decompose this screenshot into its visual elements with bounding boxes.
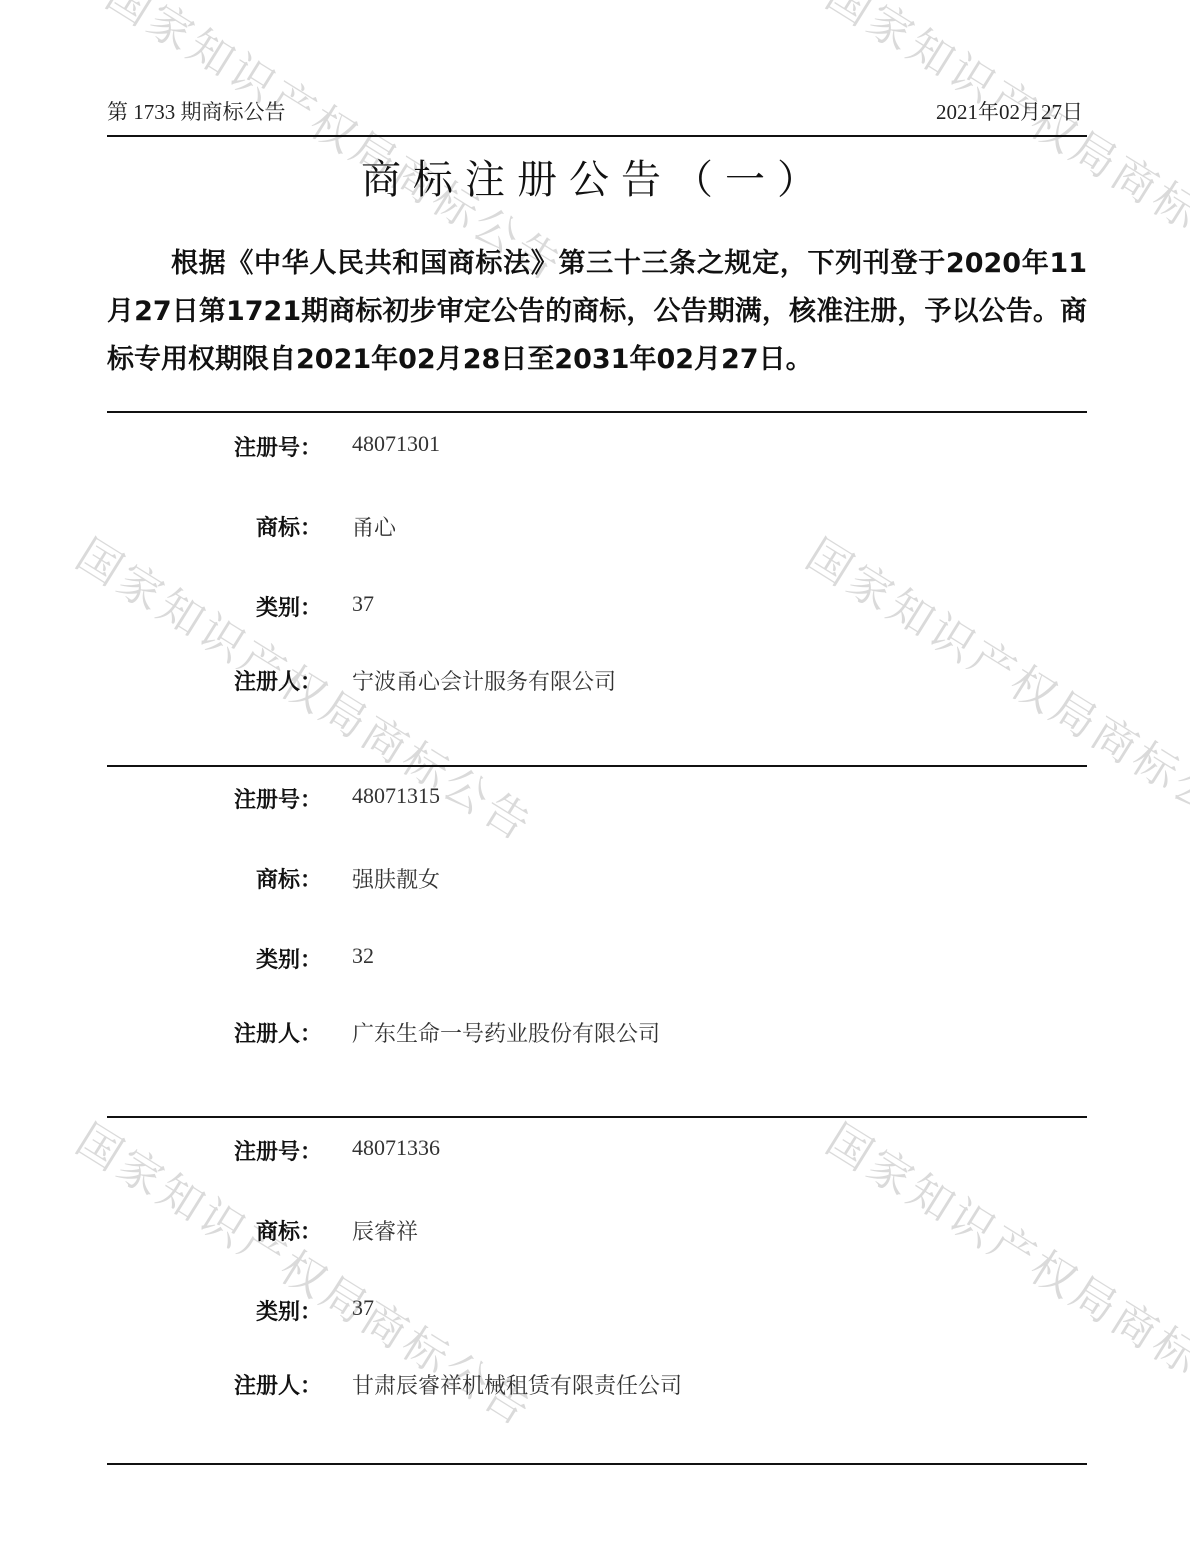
registrant-value: 广东生命一号药业股份有限公司 <box>352 1017 660 1048</box>
registrant-row: 注册人： 广东生命一号药业股份有限公司 <box>0 1017 1190 1047</box>
registrant-label: 注册人： <box>234 1369 322 1400</box>
mark-label: 商标： <box>256 1215 322 1246</box>
reg-no-value: 48071315 <box>352 783 440 809</box>
registrant-label: 注册人： <box>234 665 322 696</box>
class-value: 37 <box>352 591 374 617</box>
reg-no-label: 注册号： <box>234 1135 322 1166</box>
registrant-value: 宁波甬心会计服务有限公司 <box>352 665 616 696</box>
reg-no-row: 注册号： 48071315 <box>0 783 1190 813</box>
class-row: 类别： 37 <box>0 1295 1190 1325</box>
reg-no-value: 48071301 <box>352 431 440 457</box>
section-divider <box>107 1463 1087 1465</box>
class-label: 类别： <box>256 591 322 622</box>
mark-value: 辰睿祥 <box>352 1215 418 1246</box>
reg-no-label: 注册号： <box>234 783 322 814</box>
page-header: 第 1733 期商标公告 2021年02月27日 <box>107 96 1087 126</box>
section-divider <box>107 1116 1087 1118</box>
class-label: 类别： <box>256 1295 322 1326</box>
registrant-row: 注册人： 甘肃辰睿祥机械租赁有限责任公司 <box>0 1369 1190 1399</box>
mark-value: 强肤靓女 <box>352 863 440 894</box>
class-row: 类别： 37 <box>0 591 1190 621</box>
registrant-label: 注册人： <box>234 1017 322 1048</box>
section-divider <box>107 765 1087 767</box>
class-row: 类别： 32 <box>0 943 1190 973</box>
reg-no-row: 注册号： 48071301 <box>0 431 1190 461</box>
issue-number: 第 1733 期商标公告 <box>107 96 286 126</box>
reg-no-row: 注册号： 48071336 <box>0 1135 1190 1165</box>
page-title: 商标注册公告（一） <box>0 148 1190 205</box>
mark-row: 商标： 甬心 <box>0 511 1190 541</box>
mark-label: 商标： <box>256 863 322 894</box>
header-divider <box>107 135 1087 137</box>
class-value: 37 <box>352 1295 374 1321</box>
section-divider <box>107 411 1087 413</box>
intro-paragraph: 根据《中华人民共和国商标法》第三十三条之规定，下列刊登于2020年11月27日第… <box>107 240 1087 384</box>
publish-date: 2021年02月27日 <box>936 96 1083 126</box>
reg-no-value: 48071336 <box>352 1135 440 1161</box>
class-label: 类别： <box>256 943 322 974</box>
registrant-value: 甘肃辰睿祥机械租赁有限责任公司 <box>352 1369 682 1400</box>
class-value: 32 <box>352 943 374 969</box>
mark-value: 甬心 <box>352 511 396 542</box>
mark-label: 商标： <box>256 511 322 542</box>
mark-row: 商标： 辰睿祥 <box>0 1215 1190 1245</box>
reg-no-label: 注册号： <box>234 431 322 462</box>
mark-row: 商标： 强肤靓女 <box>0 863 1190 893</box>
registrant-row: 注册人： 宁波甬心会计服务有限公司 <box>0 665 1190 695</box>
